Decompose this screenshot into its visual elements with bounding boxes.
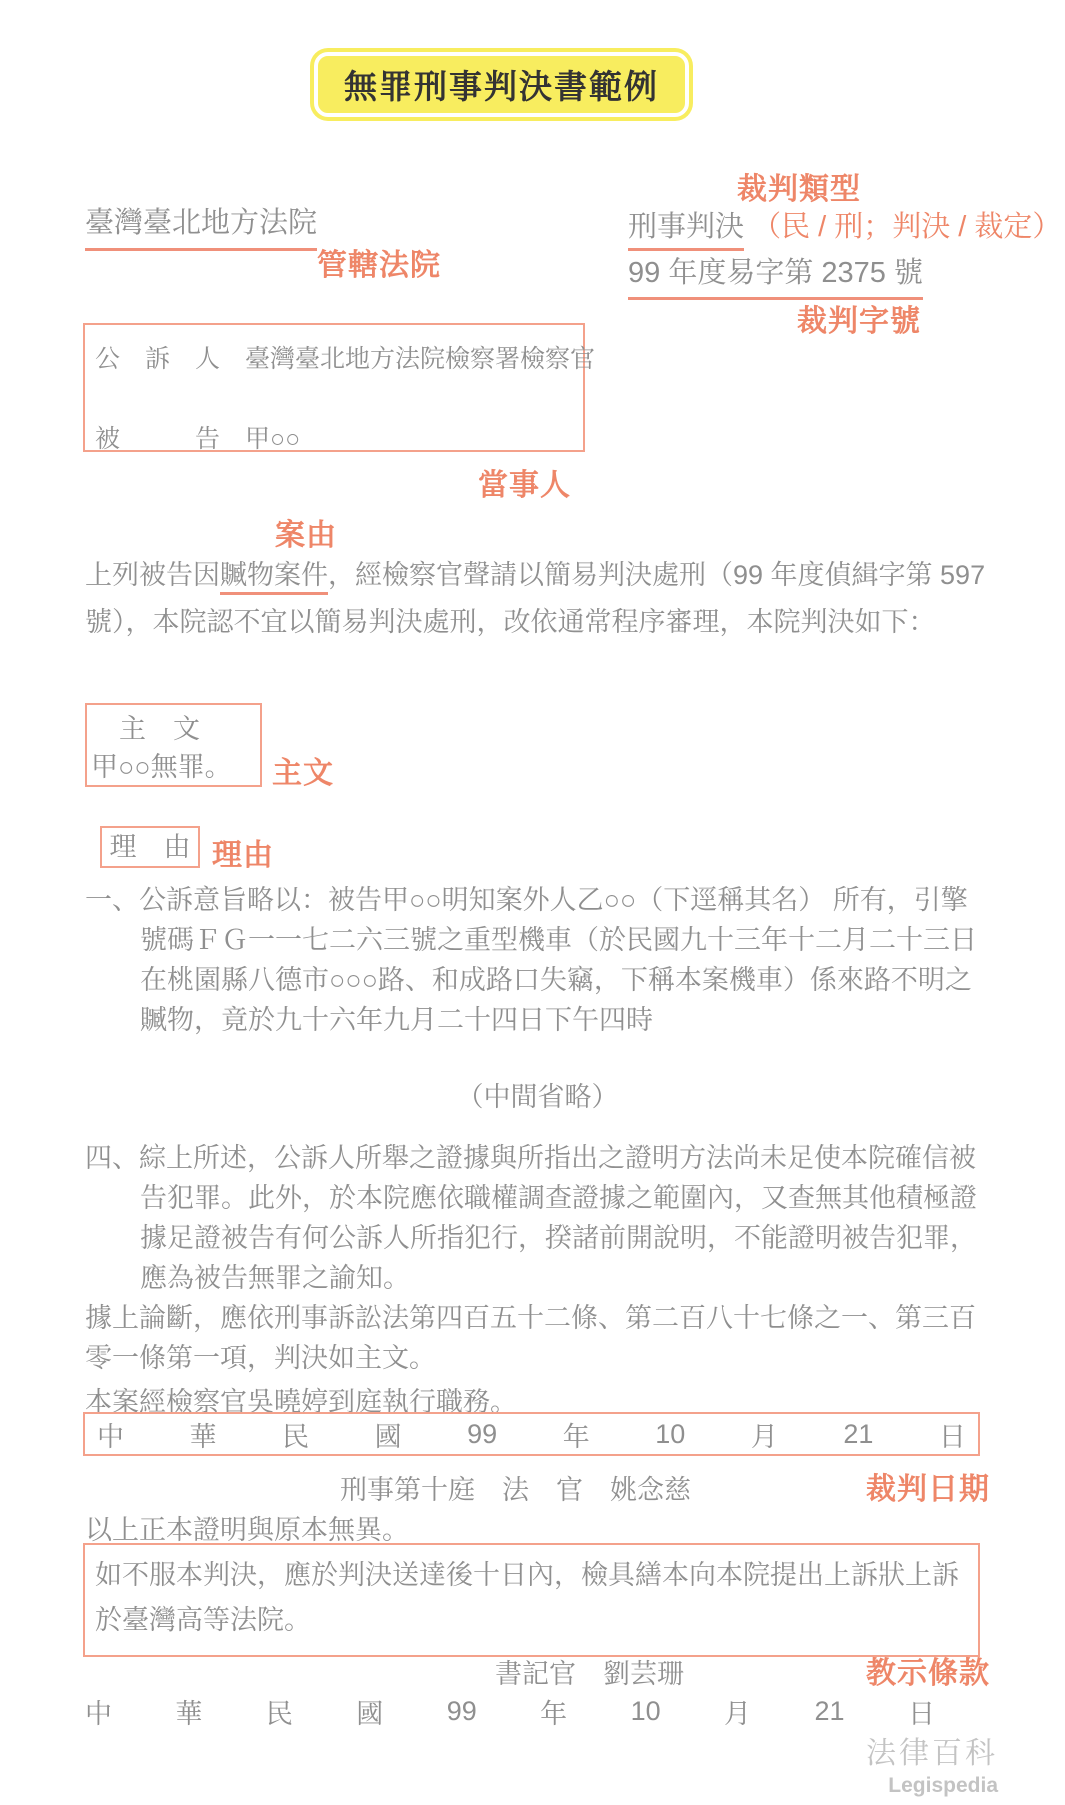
cause-highlight: 贓物案件 — [220, 560, 328, 595]
date-cell: 月 — [751, 1415, 778, 1454]
prosecutor-row: 公 訴 人 臺灣臺北地方法院檢察署檢察官 — [95, 339, 575, 375]
date-cell: 月 — [724, 1692, 751, 1731]
case-number: 99 年度易字第 2375 號 — [628, 250, 923, 300]
logo-zh: 法律百科 — [866, 1728, 998, 1772]
appeal-box: 如不服本判決，應於判決送達後十日內，檢具繕本向本院提出上訴狀上訴於臺灣高等法院。 — [83, 1543, 980, 1657]
court-name: 臺灣臺北地方法院 — [85, 200, 317, 251]
date-cell: 華 — [175, 1692, 202, 1731]
judge-line: 刑事第十庭 法 官 姚念慈 — [340, 1468, 691, 1507]
date-cell: 21 — [814, 1696, 844, 1727]
defendant-value: 甲○○ — [245, 425, 300, 453]
date-cell: 中 — [97, 1415, 124, 1454]
logo: 法律百科 Legispedia — [866, 1728, 998, 1798]
logo-en: Legispedia — [866, 1774, 998, 1798]
annotation-parties: 當事人 — [478, 460, 571, 504]
date-cell: 99 — [447, 1696, 477, 1727]
date-cell: 年 — [540, 1692, 567, 1731]
date-cell: 10 — [631, 1696, 661, 1727]
footer-date-row: 中華民國99年10月21日 — [85, 1692, 935, 1731]
clerk-line: 書記官 劉芸珊 — [495, 1652, 684, 1691]
date-cell: 日 — [939, 1415, 966, 1454]
cause-text-before: 上列被告因 — [85, 560, 220, 590]
date-cell: 99 — [467, 1419, 497, 1450]
judgment-type-note: （民 / 刑；判決 / 裁定） — [752, 211, 1061, 243]
date-cell: 中 — [85, 1692, 112, 1731]
title-badge: 無罪刑事判決書範例 — [310, 48, 693, 121]
main-text-heading: 主 文 — [91, 710, 260, 748]
annotation-case-number: 裁判字號 — [797, 296, 921, 340]
annotation-appeal: 教示條款 — [866, 1648, 990, 1692]
defendant-label: 被 告 — [95, 425, 220, 453]
annotation-judgment-date: 裁判日期 — [866, 1464, 990, 1508]
date-cell: 民 — [266, 1692, 293, 1731]
judgment-date-box: 中華民國99年10月21日 — [83, 1412, 980, 1456]
omitted-note: （中間省略） — [85, 1075, 990, 1114]
date-cell: 年 — [563, 1415, 590, 1454]
date-cell: 21 — [843, 1419, 873, 1450]
judgment-type: 刑事判決 — [628, 211, 744, 251]
reasons-heading-box: 理 由 — [100, 826, 200, 868]
annotation-cause: 案由 — [275, 510, 337, 554]
defendant-row: 被 告 甲○○ — [95, 419, 575, 455]
parties-box: 公 訴 人 臺灣臺北地方法院檢察署檢察官 被 告 甲○○ — [83, 323, 585, 452]
judgment-type-line: 刑事判決 （民 / 刑；判決 / 裁定） — [628, 204, 1061, 245]
certify-line: 以上正本證明與原本無異。 — [85, 1508, 409, 1547]
annotation-jurisdiction-court: 管轄法院 — [317, 240, 441, 284]
judgment-sample-page: 無罪刑事判決書範例 臺灣臺北地方法院 管轄法院 裁判類型 刑事判決 （民 / 刑… — [0, 0, 1065, 1805]
reason-paragraph-4: 四、綜上所述，公訴人所舉之證據與所指出之證明方法尚未足使本院確信被告犯罪。此外，… — [85, 1138, 990, 1298]
title-badge-inner: 無罪刑事判決書範例 — [314, 52, 689, 117]
annotation-judgment-type: 裁判類型 — [737, 164, 861, 208]
annotation-reasons: 理由 — [212, 830, 274, 874]
prosecutor-label: 公 訴 人 — [95, 345, 220, 373]
appeal-text: 如不服本判決，應於判決送達後十日內，檢具繕本向本院提出上訴狀上訴於臺灣高等法院。 — [95, 1560, 959, 1635]
date-cell: 民 — [282, 1415, 309, 1454]
legal-basis-paragraph: 據上論斷，應依刑事訴訟法第四百五十二條、第二百八十七條之一、第三百零一條第一項，… — [85, 1298, 990, 1378]
page-title: 無罪刑事判決書範例 — [344, 68, 659, 105]
reasons-heading: 理 由 — [110, 832, 191, 862]
date-cell: 國 — [375, 1415, 402, 1454]
date-cell: 日 — [908, 1692, 935, 1731]
prosecutor-value: 臺灣臺北地方法院檢察署檢察官 — [245, 345, 595, 373]
date-cell: 華 — [190, 1415, 217, 1454]
main-text-body: 甲○○無罪。 — [91, 748, 260, 786]
cause-paragraph: 上列被告因贓物案件，經檢察官聲請以簡易判決處刑（99 年度偵緝字第 597 號）… — [85, 552, 990, 646]
main-text-box: 主 文 甲○○無罪。 — [85, 703, 262, 787]
annotation-main-text: 主文 — [272, 748, 334, 792]
reason-paragraph-1: 一、公訴意旨略以：被告甲○○明知案外人乙○○（下逕稱其名） 所有，引擎號碼ＦＧ一… — [85, 880, 990, 1040]
date-cell: 10 — [655, 1419, 685, 1450]
date-cell: 國 — [356, 1692, 383, 1731]
